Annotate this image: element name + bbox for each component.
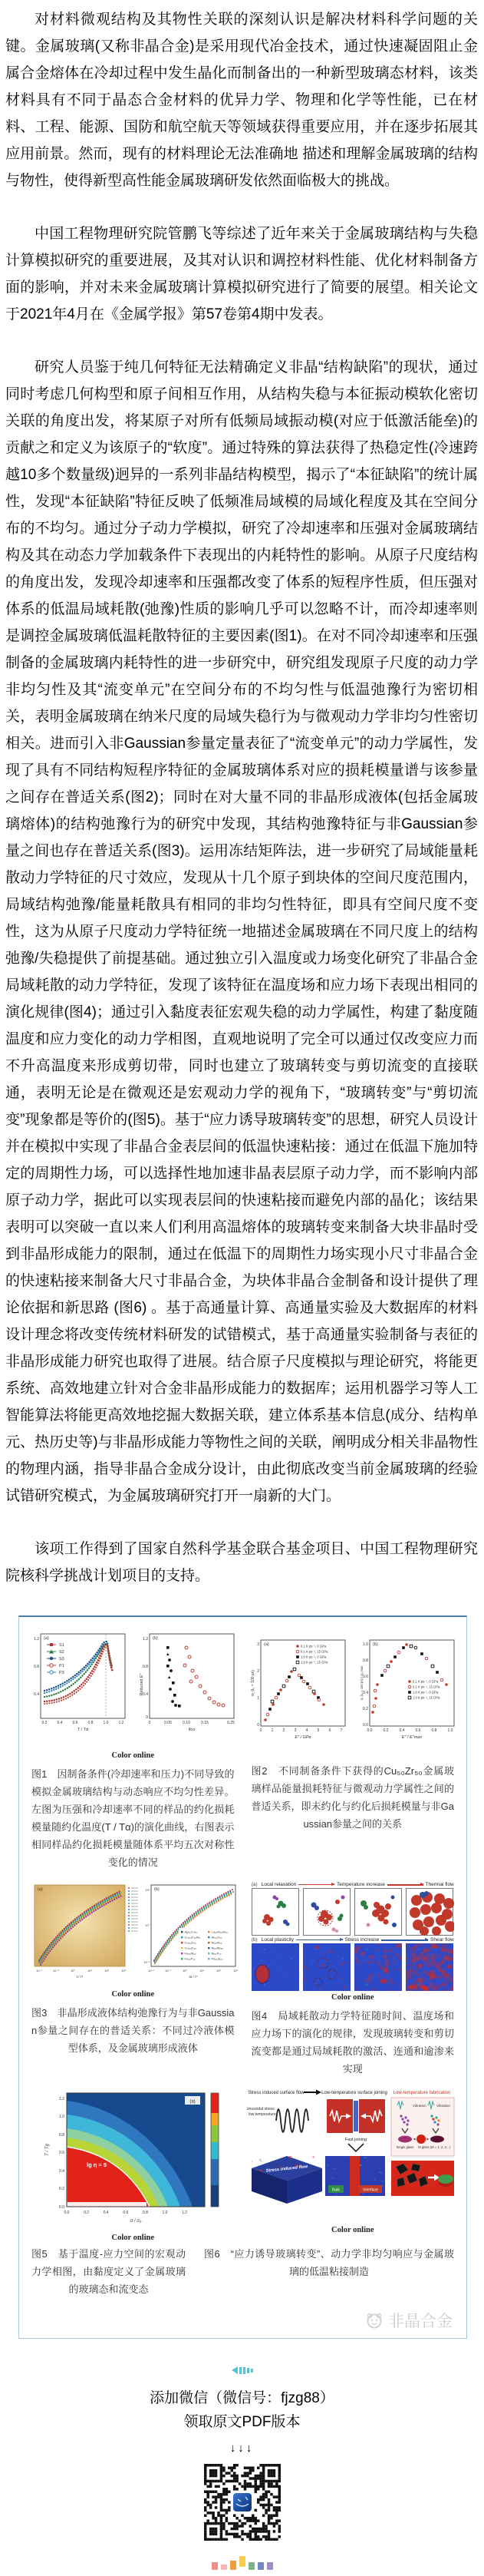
figure6-image[interactable]: Stress induced surface flow Low-temperat… bbox=[245, 2087, 461, 2236]
color-online-note: Color online bbox=[111, 1990, 154, 1999]
figure-row-3-captions: 图5 基于温度-应力空间的宏观动力学相图，由黏度定义了金属玻璃的玻璃态和流变态 … bbox=[25, 2244, 460, 2307]
svg-text:Cu₅₀Zr₅₀: Cu₅₀Zr₅₀ bbox=[185, 1941, 197, 1945]
svg-text:Fast joining: Fast joining bbox=[345, 2138, 367, 2142]
figure2-caption: 图2 不同制备条件下获得的Cu₅₀Zr₅₀金属玻璃样品能量损耗特征与微观动力学属… bbox=[252, 1762, 455, 1833]
svg-text:Ni₅₀Zr₅₀: Ni₅₀Zr₅₀ bbox=[212, 1936, 222, 1939]
qr-code-image bbox=[204, 2464, 281, 2541]
blue-arrow-icon bbox=[381, 1939, 428, 1941]
svg-text:7: 7 bbox=[340, 1728, 342, 1733]
svg-text:1.2: 1.2 bbox=[143, 1637, 148, 1642]
svg-text:0.4: 0.4 bbox=[58, 1721, 63, 1725]
svg-text:2: 2 bbox=[282, 1728, 285, 1733]
svg-text:10⁻²: 10⁻² bbox=[37, 1969, 43, 1973]
svg-text:(b): (b) bbox=[153, 1636, 158, 1641]
svg-text:1.0 K ps⁻¹, 15 GPa: 1.0 K ps⁻¹, 15 GPa bbox=[413, 1696, 440, 1700]
svg-text:0.0: 0.0 bbox=[64, 2211, 70, 2215]
svg-text:at low temperature: at low temperature bbox=[247, 2112, 276, 2117]
svg-text:Sinusoidal stress: Sinusoidal stress bbox=[247, 2107, 275, 2111]
figure5-caption: 图5 基于温度-应力空间的宏观动力学相图，由黏度定义了金属玻璃的玻璃态和流变态 bbox=[31, 2245, 186, 2298]
svg-text:3: 3 bbox=[294, 1728, 296, 1733]
figure-row-1: (a) 1.2 0.8 0.4 S1 S2 S3 P1 P3 bbox=[25, 1628, 460, 1880]
svg-text:S1: S1 bbox=[59, 1643, 64, 1648]
watermark-logo-icon bbox=[365, 2311, 384, 2330]
figure3-caption: 图3 非晶形成液体结构弛豫行为与非Gaussian参量之间存在的普适关系：不同过… bbox=[31, 2004, 235, 2057]
svg-text:1.2: 1.2 bbox=[34, 1637, 39, 1642]
figure-row-2: (a) 10⁻² 10⁻¹ 10⁰ bbox=[25, 1880, 460, 2087]
svg-text:P1: P1 bbox=[59, 1664, 64, 1668]
svg-text:1.2: 1.2 bbox=[182, 2211, 187, 2215]
svg-text:M glass (M = 1, 2, 3...): M glass (M = 1, 2, 3...) bbox=[418, 2145, 450, 2149]
svg-text:1.0 K ps⁻¹, 0 GPa: 1.0 K ps⁻¹, 0 GPa bbox=[301, 1655, 327, 1659]
svg-text:Stress induced surface flow: Stress induced surface flow bbox=[248, 2091, 305, 2095]
svg-text:S3: S3 bbox=[59, 1657, 64, 1662]
paragraph-intro: 对材料微观结构及其物性关联的深刻认识是解决材料科学问题的关键。金属玻璃(又称非晶… bbox=[5, 6, 478, 194]
svg-text:α₂ (t₀ = 100 ps): α₂ (t₀ = 100 ps) bbox=[251, 1670, 255, 1696]
red-arrow-icon bbox=[387, 1884, 423, 1886]
figure-row-3: lg η = 5 (a) bbox=[25, 2087, 460, 2244]
svg-text:Pd₈₀Si₂₀: Pd₈₀Si₂₀ bbox=[212, 1957, 223, 1961]
article-page: 对材料微观结构及其物性关联的深刻认识是解决材料科学问题的关键。金属玻璃(又称非晶… bbox=[0, 0, 484, 2576]
svg-text:Single glass: Single glass bbox=[396, 2145, 413, 2149]
svg-text:10³: 10³ bbox=[234, 1969, 239, 1973]
figure5-image[interactable]: lg η = 5 (a) bbox=[25, 2087, 241, 2244]
svg-text:Fe₈₀P₂₀: Fe₈₀P₂₀ bbox=[185, 1957, 196, 1961]
svg-text:lg η = 5: lg η = 5 bbox=[87, 2161, 107, 2168]
footer: 添加微信（微信号：fjzg88） 领取原文PDF版本 ↓↓↓ bbox=[0, 2366, 484, 2570]
svg-text:Vibration: Vibration bbox=[413, 2104, 426, 2108]
svg-text:4: 4 bbox=[305, 1728, 308, 1733]
svg-text:10¹: 10¹ bbox=[88, 1969, 93, 1973]
svg-text:1.0: 1.0 bbox=[59, 2115, 64, 2119]
figure5-chart: lg η = 5 (a) bbox=[27, 2087, 239, 2231]
figure4-row-b bbox=[252, 1943, 454, 1991]
figure1-charts: (a) 1.2 0.8 0.4 S1 S2 S3 P1 P3 bbox=[27, 1628, 239, 1749]
svg-text:10⁻¹: 10⁻¹ bbox=[54, 1969, 60, 1973]
svg-text:σ / σ₀: σ / σ₀ bbox=[130, 2219, 142, 2224]
svg-text:3: 3 bbox=[257, 1642, 259, 1647]
figure3-image[interactable]: (a) 10⁻² 10⁻¹ 10⁰ bbox=[25, 1880, 241, 2000]
pdf-claim-line: 领取原文PDF版本 bbox=[0, 2410, 484, 2434]
figure3-charts: (a) 10⁻² 10⁻¹ 10⁰ bbox=[27, 1880, 239, 1988]
svg-text:0.4: 0.4 bbox=[399, 1728, 404, 1733]
svg-text:0.2: 0.2 bbox=[383, 1728, 388, 1733]
svg-text:t / τ*: t / τ* bbox=[77, 1975, 84, 1979]
svg-text:10⁻¹: 10⁻¹ bbox=[166, 1969, 172, 1973]
svg-text:0.8: 0.8 bbox=[34, 1665, 39, 1669]
svg-text:10⁻¹: 10⁻¹ bbox=[144, 1961, 150, 1964]
svg-text:0: 0 bbox=[146, 1715, 148, 1720]
article-body: 对材料微观结构及其物性关联的深刻认识是解决材料科学问题的关键。金属玻璃(又称非晶… bbox=[0, 0, 484, 1589]
color-online-note: Color online bbox=[331, 1993, 374, 2002]
svg-text:10²: 10² bbox=[105, 1969, 110, 1973]
figure-block: (a) 1.2 0.8 0.4 S1 S2 S3 P1 P3 bbox=[18, 1615, 467, 2339]
svg-text:0.05: 0.05 bbox=[164, 1721, 172, 1725]
svg-text:0.6: 0.6 bbox=[59, 2151, 64, 2155]
svg-text:0.1 K ps⁻¹, 15 GPa: 0.1 K ps⁻¹, 15 GPa bbox=[413, 1685, 440, 1689]
svg-text:(b): (b) bbox=[373, 1642, 378, 1647]
svg-text:(a): (a) bbox=[44, 1636, 49, 1641]
wechat-contact-line: 添加微信（微信号：fjzg88） bbox=[0, 2386, 484, 2410]
svg-text:0.0: 0.0 bbox=[363, 1723, 368, 1728]
svg-text:0.15: 0.15 bbox=[201, 1721, 209, 1725]
svg-text:10⁰: 10⁰ bbox=[71, 1969, 75, 1973]
svg-text:1.0: 1.0 bbox=[163, 2211, 168, 2215]
svg-text:5: 5 bbox=[317, 1728, 319, 1733]
svg-text:1.2: 1.2 bbox=[119, 1721, 124, 1725]
svg-text:0.4: 0.4 bbox=[104, 2211, 109, 2215]
svg-text:(a): (a) bbox=[38, 1887, 43, 1892]
figure6-caption: 图6 “应力诱导玻璃转变”、动力学非均匀响应与金属玻璃的低温粘接制造 bbox=[204, 2245, 454, 2280]
figure1-image[interactable]: (a) 1.2 0.8 0.4 S1 S2 S3 P1 P3 bbox=[25, 1628, 241, 1761]
svg-text:0.0: 0.0 bbox=[59, 2205, 64, 2210]
figure2-charts: (a) α₂ (t₀ = 100 ps) 3 2 1 0 0.1 K ps⁻¹,… bbox=[247, 1628, 459, 1758]
watermark: 非晶合金 bbox=[25, 2307, 460, 2335]
svg-text:1.0 K ps⁻¹, 0 GPa: 1.0 K ps⁻¹, 0 GPa bbox=[413, 1691, 439, 1695]
svg-text:(a): (a) bbox=[264, 1642, 269, 1647]
svg-text:10⁻²: 10⁻² bbox=[149, 1969, 155, 1973]
svg-text:T / Tg: T / Tg bbox=[45, 2144, 50, 2156]
svg-text:0.2: 0.2 bbox=[363, 1707, 368, 1711]
svg-text:0.0: 0.0 bbox=[367, 1728, 372, 1733]
svg-text:1: 1 bbox=[257, 1696, 259, 1701]
svg-text:Ni₆₂Nb₃₈: Ni₆₂Nb₃₈ bbox=[212, 1946, 224, 1950]
blue-arrow-icon bbox=[296, 1939, 343, 1940]
figure4-row-a bbox=[252, 1888, 454, 1936]
svg-text:6: 6 bbox=[328, 1728, 331, 1733]
svg-text:10¹: 10¹ bbox=[146, 1889, 150, 1892]
svg-text:Ag₅₀Cu₅₀: Ag₅₀Cu₅₀ bbox=[185, 1930, 198, 1934]
svg-text:1.0: 1.0 bbox=[447, 1728, 453, 1733]
svg-text:(b): (b) bbox=[154, 1887, 160, 1892]
svg-text:0: 0 bbox=[149, 1721, 151, 1725]
svg-text:Fe₈₀Ni₂₀: Fe₈₀Ni₂₀ bbox=[185, 1952, 196, 1956]
svg-text:0: 0 bbox=[259, 1728, 262, 1733]
svg-text:Vibration: Vibration bbox=[436, 2104, 450, 2108]
svg-text:0.8: 0.8 bbox=[59, 2133, 64, 2138]
svg-text:0.8: 0.8 bbox=[88, 1721, 94, 1725]
svg-text:fico: fico bbox=[189, 1728, 196, 1732]
svg-text:Low-temperature surface joinin: Low-temperature surface joining bbox=[321, 2091, 387, 2095]
svg-text:La₆₀Ni₁₅Al₂₅: La₆₀Ni₁₅Al₂₅ bbox=[212, 1930, 229, 1934]
figure4-image[interactable]: (a) Local relaxation Temperature increas… bbox=[245, 1880, 461, 2003]
down-arrows: ↓↓↓ bbox=[0, 2442, 484, 2455]
svg-text:0.2: 0.2 bbox=[59, 2187, 64, 2191]
publisher-logo-bars bbox=[0, 2556, 484, 2570]
svg-text:E″ / GPa: E″ / GPa bbox=[295, 1735, 311, 1740]
figure1-caption: 图1 因制备条件(冷却速率和压力)不同导致的模拟金属玻璃结构与动态响应不均匀性差… bbox=[31, 1765, 235, 1871]
svg-text:0.2: 0.2 bbox=[42, 1721, 48, 1725]
svg-text:Low-temperature fabrication: Low-temperature fabrication bbox=[393, 2091, 450, 2095]
svg-text:T / Tα: T / Tα bbox=[77, 1728, 89, 1732]
svg-text:Ni₈₀P₂₀: Ni₈₀P₂₀ bbox=[212, 1952, 222, 1956]
qr-code[interactable] bbox=[204, 2464, 281, 2541]
red-arrow-icon bbox=[298, 1884, 334, 1885]
svg-text:0.8: 0.8 bbox=[143, 2211, 148, 2215]
paragraph-results: 研究人员鉴于纯几何特征无法精确定义非晶“结构缺陷”的现状，通过同时考虑几何构型和… bbox=[5, 354, 478, 1510]
svg-text:1: 1 bbox=[271, 1728, 273, 1733]
svg-text:1.2: 1.2 bbox=[59, 2097, 64, 2101]
svg-text:0.25: 0.25 bbox=[227, 1721, 235, 1725]
figure4-row-a-labels: (a) Local relaxation Temperature increas… bbox=[252, 1882, 454, 1887]
figure2-image[interactable]: (a) α₂ (t₀ = 100 ps) 3 2 1 0 0.1 K ps⁻¹,… bbox=[245, 1628, 461, 1758]
svg-text:Ni₅₀Al₅₀: Ni₅₀Al₅₀ bbox=[212, 1941, 222, 1945]
svg-text:1.0: 1.0 bbox=[104, 1721, 109, 1725]
svg-text:S2: S2 bbox=[59, 1650, 64, 1655]
svg-text:10³: 10³ bbox=[122, 1969, 127, 1973]
svg-text:0.1 K ps⁻¹, 0 GPa: 0.1 K ps⁻¹, 0 GPa bbox=[301, 1645, 327, 1648]
color-online-note: Color online bbox=[111, 1751, 154, 1760]
figure4-row-b-labels: (b) Local plasticity Stress increase She… bbox=[252, 1937, 454, 1943]
svg-text:0.6: 0.6 bbox=[415, 1728, 420, 1733]
color-online-note: Color online bbox=[111, 2234, 154, 2242]
svg-text:Cu₄₆Zr₄₆Al₈: Cu₄₆Zr₄₆Al₈ bbox=[185, 1936, 201, 1939]
svg-text:0.8: 0.8 bbox=[431, 1728, 436, 1733]
svg-text:10⁰: 10⁰ bbox=[183, 1969, 187, 1973]
svg-text:1.0: 1.0 bbox=[363, 1642, 368, 1647]
svg-text:0.4: 0.4 bbox=[34, 1692, 39, 1697]
svg-text:0.2: 0.2 bbox=[84, 2211, 89, 2215]
svg-text:0.4: 0.4 bbox=[59, 2169, 64, 2174]
watermark-text: 非晶合金 bbox=[388, 2309, 453, 2332]
svg-text:P3: P3 bbox=[59, 1671, 64, 1675]
svg-text:10⁰: 10⁰ bbox=[146, 1924, 150, 1927]
svg-text:0.8: 0.8 bbox=[143, 1665, 148, 1669]
svg-text:tα / τ*: tα / τ* bbox=[189, 1975, 198, 1979]
svg-text:2: 2 bbox=[257, 1669, 259, 1674]
svg-text:Cu₆₅Zr₃₅: Cu₆₅Zr₃₅ bbox=[185, 1946, 197, 1950]
svg-text:0.6: 0.6 bbox=[123, 2211, 129, 2215]
svg-text:0.1 K ps⁻¹, 15 GPa: 0.1 K ps⁻¹, 15 GPa bbox=[301, 1650, 328, 1654]
figure6-diagram: Stress induced surface flow Low-temperat… bbox=[247, 2087, 459, 2224]
paragraph-funding: 该项工作得到了国家自然科学基金联合基金项目、中国工程物理研究院核科学挑战计划项目… bbox=[5, 1536, 478, 1589]
svg-text:0.4: 0.4 bbox=[363, 1691, 368, 1695]
paragraph-overview: 中国工程物理研究院管鹏飞等综述了近年来关于金属玻璃结构与失稳计算模拟研究的重要进… bbox=[5, 220, 478, 328]
svg-text:0.1 K ps⁻¹, 0 GPa: 0.1 K ps⁻¹, 0 GPa bbox=[413, 1680, 439, 1684]
svg-text:E″ / E″max: E″ / E″max bbox=[402, 1735, 422, 1740]
svg-text:10¹: 10¹ bbox=[200, 1969, 205, 1973]
svg-text:1.0 K ps⁻¹, 15 GPa: 1.0 K ps⁻¹, 15 GPa bbox=[301, 1661, 328, 1665]
svg-text:10²: 10² bbox=[217, 1969, 222, 1973]
audio-waveform-icon bbox=[225, 2366, 260, 2374]
svg-text:0.4: 0.4 bbox=[143, 1692, 148, 1697]
svg-text:(a): (a) bbox=[190, 2100, 196, 2105]
svg-text:0.6: 0.6 bbox=[363, 1675, 368, 1679]
svg-text:0.6: 0.6 bbox=[73, 1721, 78, 1725]
color-online-note: Color online bbox=[331, 2226, 374, 2234]
svg-text:Bulk: Bulk bbox=[332, 2188, 340, 2193]
svg-text:Interface: Interface bbox=[363, 2188, 378, 2193]
svg-text:0.8: 0.8 bbox=[363, 1658, 368, 1663]
svg-text:0.10: 0.10 bbox=[183, 1721, 190, 1725]
svg-text:0: 0 bbox=[257, 1723, 259, 1728]
figure4-caption: 图4 局域耗散动力学特征随时间、温度场和应力场下的演化的规律，发现玻璃转变和剪切… bbox=[252, 2007, 455, 2078]
